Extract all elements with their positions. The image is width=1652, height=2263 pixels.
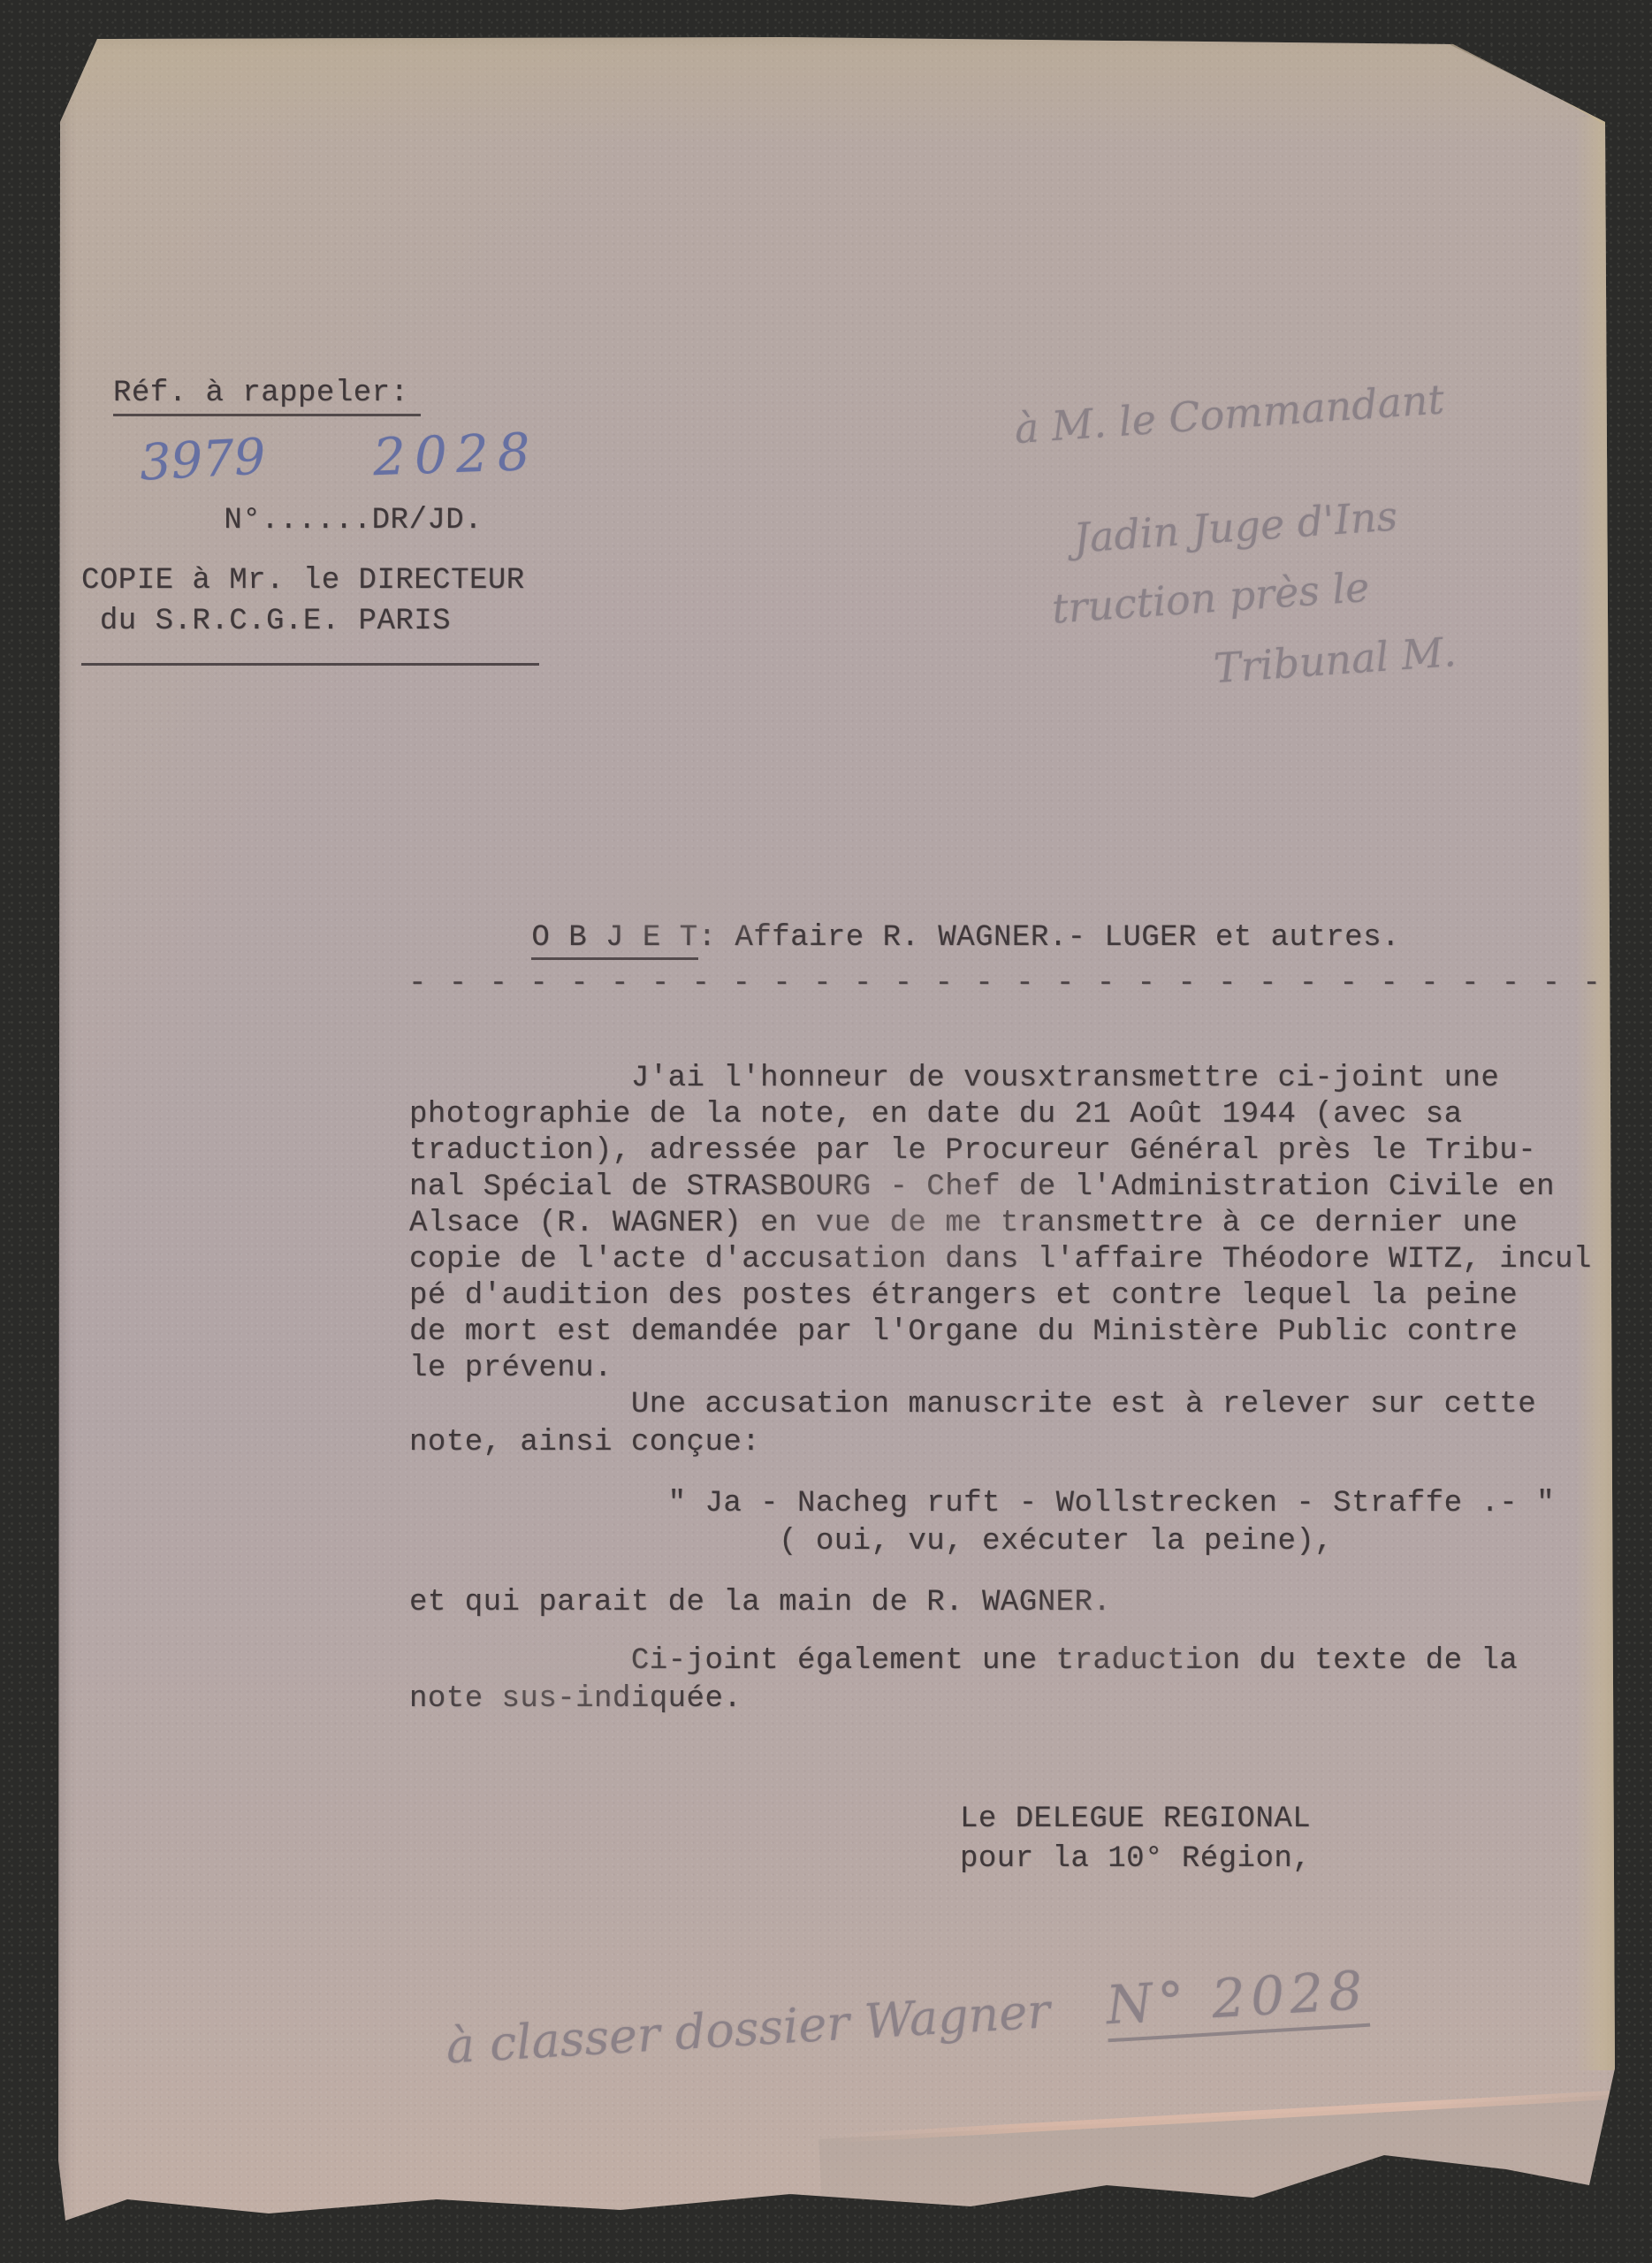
subject-label: O B J E T <box>531 921 697 960</box>
typed-line: pour la 10° Région, <box>960 1840 1311 1879</box>
typed-line: note sus-indiquée. <box>409 1680 1518 1718</box>
typed-line: Une accusation manuscrite est à relever … <box>409 1386 1536 1424</box>
typed-line: du S.R.C.G.E. PARIS <box>81 601 525 642</box>
page-background: { "header": { "ref_label": "Réf. à rappe… <box>0 0 1652 2263</box>
filing-note-text: à classer dossier Wagner <box>445 1983 1052 2074</box>
signature-block: Le DELEGUE REGIONALpour la 10° Région, <box>960 1800 1311 1879</box>
address-note-line-4: Tribunal M. <box>1212 628 1458 692</box>
document-paper: Réf. à rappeler: N°......DR/JD. 3979 202… <box>58 37 1618 2229</box>
bottom-filing-note: à classer dossier WagnerN° 2028 <box>350 1904 1373 2137</box>
typed-line: pé d'audition des postes étrangers et co… <box>409 1278 1592 1314</box>
typed-line: Alsace (R. WAGNER) en vue de me transmet… <box>409 1206 1592 1242</box>
typed-line: photographie de la note, en date du 21 A… <box>409 1097 1592 1133</box>
typed-line: " Ja - Nacheg ruft - Wollstrecken - Stra… <box>409 1485 1555 1523</box>
scan-background: Réf. à rappeler: N°......DR/JD. 3979 202… <box>0 0 1652 2263</box>
dashed-divider: - - - - - - - - - - - - - - - - - - - - … <box>408 967 1601 1001</box>
handwritten-dossier-number: 2028 <box>372 422 540 488</box>
typed-line: J'ai l'honneur de vousxtransmettre ci-jo… <box>409 1061 1592 1097</box>
typed-line: traduction), adressée par le Procureur G… <box>409 1133 1592 1170</box>
copy-underline-rule <box>81 663 539 666</box>
ref-label: Réf. à rappeler: <box>113 377 421 416</box>
typed-line: ( oui, vu, exécuter la peine), <box>409 1523 1555 1561</box>
body-paragraph-3: Ci-joint également une traduction du tex… <box>409 1642 1518 1718</box>
subject-text: : Affaire R. WAGNER.- LUGER et autres. <box>698 921 1400 955</box>
typed-line: de mort est demandée par l'Organe du Min… <box>409 1314 1592 1351</box>
handwritten-address-note: à M. le Commandant Jadin Juge d'Ins truc… <box>992 362 1652 830</box>
typed-line: note, ainsi conçue: <box>409 1424 1536 1462</box>
body-paragraph-2: Une accusation manuscrite est à relever … <box>409 1386 1536 1462</box>
typed-line: Le DELEGUE REGIONAL <box>960 1800 1311 1840</box>
filing-note-number: N° 2028 <box>1105 1960 1370 2042</box>
attribution-line: et qui parait de la main de R. WAGNER. <box>409 1586 1111 1619</box>
address-note-line-2: Jadin Juge d'Ins <box>1072 491 1399 561</box>
typed-line: le prévenu. <box>409 1351 1592 1387</box>
address-note-line-1: à M. le Commandant <box>1013 375 1446 453</box>
handwritten-ref-number: 3979 <box>138 428 267 491</box>
address-note-line-3: truction près le <box>1050 563 1371 633</box>
typed-line: COPIE à Mr. le DIRECTEUR <box>81 560 525 601</box>
typed-line: Ci-joint également une traduction du tex… <box>409 1642 1518 1680</box>
copy-recipient-block: COPIE à Mr. le DIRECTEUR du S.R.C.G.E. P… <box>81 560 525 642</box>
quoted-annotation: " Ja - Nacheg ruft - Wollstrecken - Stra… <box>409 1485 1555 1561</box>
typed-line: nal Spécial de STRASBOURG - Chef de l'Ad… <box>409 1170 1592 1206</box>
body-paragraph-1: J'ai l'honneur de vousxtransmettre ci-jo… <box>409 1061 1592 1387</box>
paper-top-tint <box>58 37 1618 143</box>
ref-typed-number: N°......DR/JD. <box>224 504 483 537</box>
typed-line: copie de l'acte d'accusation dans l'affa… <box>409 1242 1592 1278</box>
